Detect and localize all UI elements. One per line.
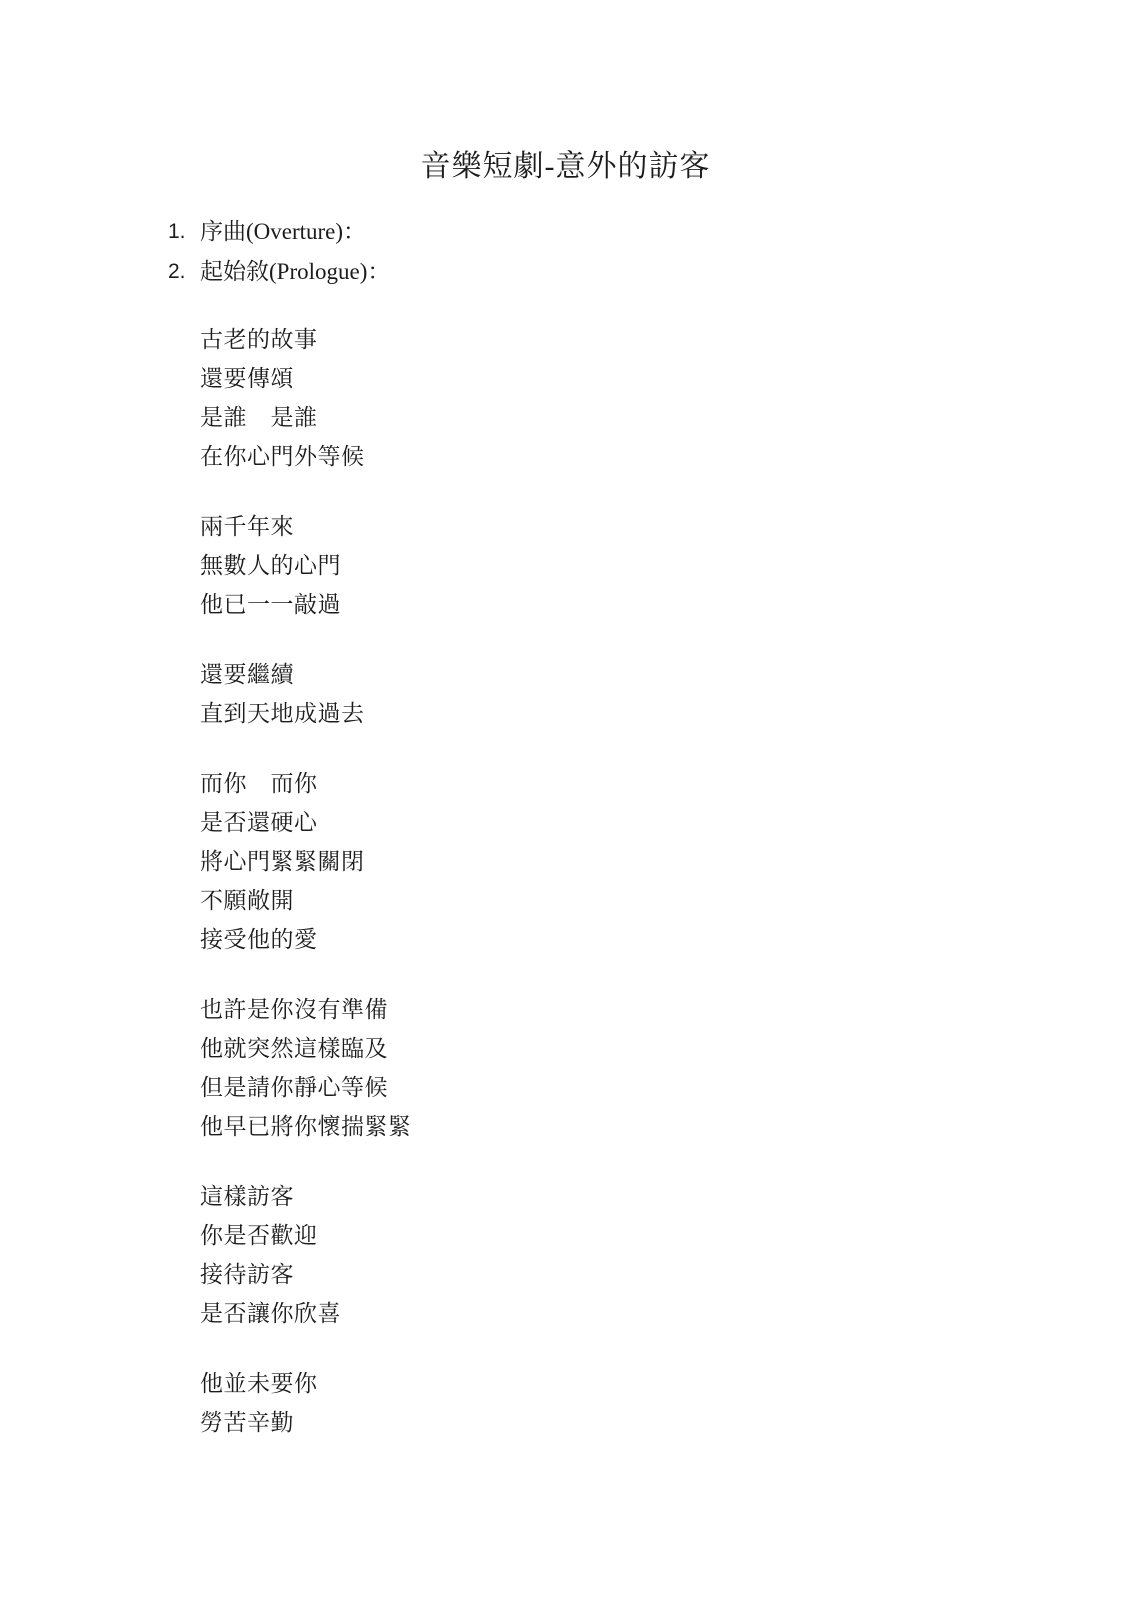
lyric-line: 他就突然這樣臨及 — [200, 1029, 1131, 1068]
lyric-line: 將心門緊緊關閉 — [200, 842, 1131, 881]
stanza-2: 兩千年來 無數人的心門 他已一一敲過 — [200, 507, 1131, 624]
lyric-line: 而你 而你 — [200, 764, 1131, 803]
lyric-line: 是否還硬心 — [200, 803, 1131, 842]
lyric-line: 他已一一敲過 — [200, 585, 1131, 624]
numbered-list: 1. 序曲(Overture)： 2. 起始敘(Prologue)： — [0, 212, 1131, 292]
lyric-line: 他並未要你 — [200, 1364, 1131, 1403]
lyric-line: 還要繼續 — [200, 655, 1131, 694]
list-item-prologue: 2. 起始敘(Prologue)： — [168, 252, 1131, 292]
stanza-7: 他並未要你 勞苦辛勤 — [200, 1364, 1131, 1442]
lyric-line: 接待訪客 — [200, 1255, 1131, 1294]
lyric-line: 直到天地成過去 — [200, 694, 1131, 733]
stanza-3: 還要繼續 直到天地成過去 — [200, 655, 1131, 733]
lyrics-body: 古老的故事 還要傳頌 是誰 是誰 在你心門外等候 兩千年來 無數人的心門 他已一… — [0, 320, 1131, 1442]
stanza-6: 這樣訪客 你是否歡迎 接待訪客 是否讓你欣喜 — [200, 1177, 1131, 1333]
lyric-line: 在你心門外等候 — [200, 437, 1131, 476]
lyric-line: 勞苦辛勤 — [200, 1403, 1131, 1442]
lyric-line: 也許是你沒有準備 — [200, 990, 1131, 1029]
lyric-line: 不願敞開 — [200, 881, 1131, 920]
lyric-line: 是誰 是誰 — [200, 398, 1131, 437]
list-item-label: 序曲(Overture)： — [200, 212, 366, 252]
lyric-line: 這樣訪客 — [200, 1177, 1131, 1216]
list-number: 1. — [168, 212, 200, 252]
lyric-line: 兩千年來 — [200, 507, 1131, 546]
stanza-1: 古老的故事 還要傳頌 是誰 是誰 在你心門外等候 — [200, 320, 1131, 476]
document-title: 音樂短劇-意外的訪客 — [0, 148, 1131, 186]
list-item-overture: 1. 序曲(Overture)： — [168, 212, 1131, 252]
lyric-line: 但是請你靜心等候 — [200, 1068, 1131, 1107]
lyric-line: 古老的故事 — [200, 320, 1131, 359]
stanza-4: 而你 而你 是否還硬心 將心門緊緊關閉 不願敞開 接受他的愛 — [200, 764, 1131, 959]
lyric-line: 無數人的心門 — [200, 546, 1131, 585]
stanza-5: 也許是你沒有準備 他就突然這樣臨及 但是請你靜心等候 他早已將你懷揣緊緊 — [200, 990, 1131, 1146]
lyric-line: 接受他的愛 — [200, 920, 1131, 959]
lyric-line: 還要傳頌 — [200, 359, 1131, 398]
document-page: 音樂短劇-意外的訪客 1. 序曲(Overture)： 2. 起始敘(Prolo… — [0, 0, 1131, 1600]
lyric-line: 你是否歡迎 — [200, 1216, 1131, 1255]
list-item-label: 起始敘(Prologue)： — [200, 252, 390, 292]
list-number: 2. — [168, 252, 200, 292]
lyric-line: 他早已將你懷揣緊緊 — [200, 1107, 1131, 1146]
lyric-line: 是否讓你欣喜 — [200, 1294, 1131, 1333]
